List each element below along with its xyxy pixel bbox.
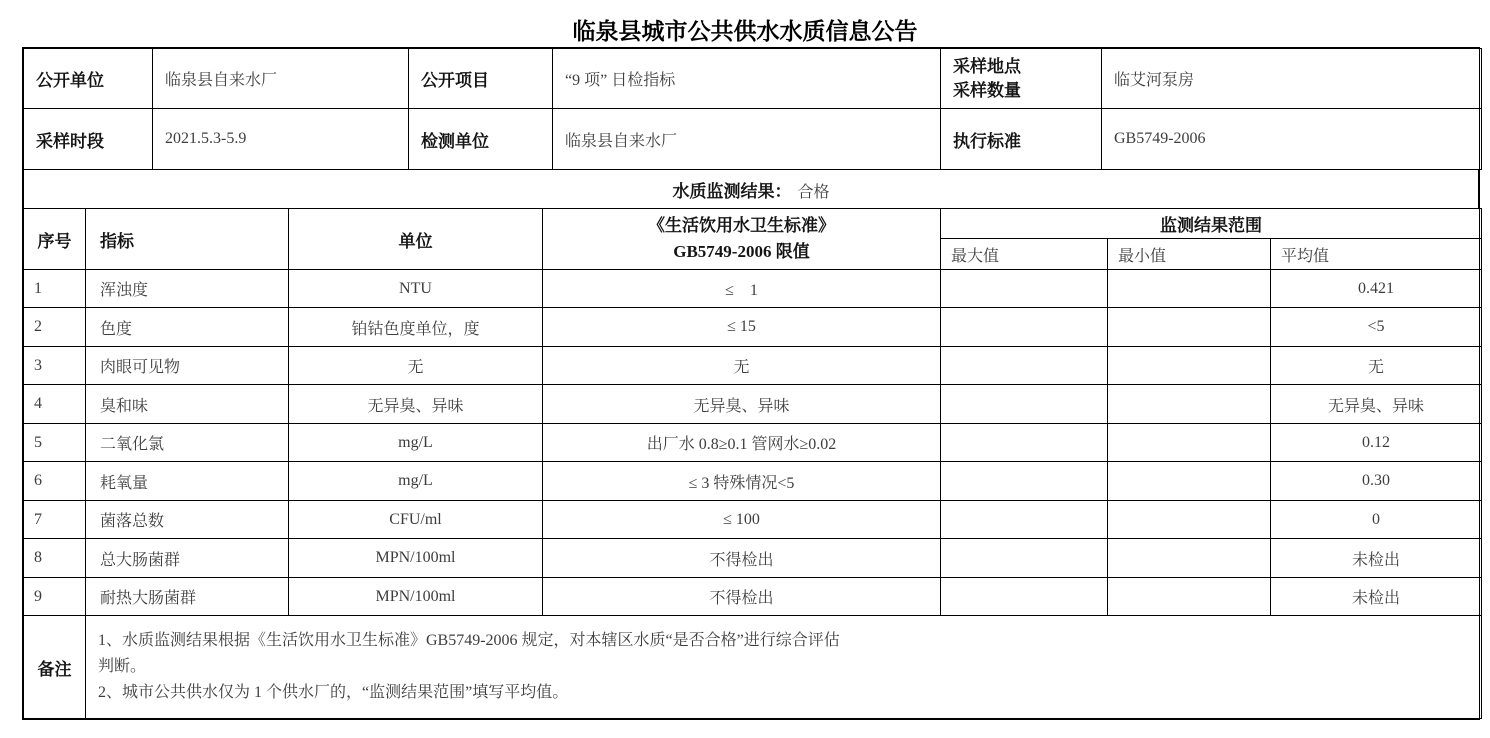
table-row: 2 色度 铂钴色度单位，度 ≤ 15 <5 — [24, 308, 1482, 347]
cell-max — [941, 424, 1108, 462]
announcement-table: 公开单位 临泉县自来水厂 公开项目 “9 项” 日检指标 采样地点 采样数量 临… — [22, 47, 1480, 720]
cell-no: 8 — [24, 539, 86, 578]
cell-min — [1108, 539, 1271, 578]
cell-no: 7 — [24, 501, 86, 539]
cell-avg: 未检出 — [1271, 578, 1482, 616]
cell-max — [941, 578, 1108, 616]
cell-indicator: 耗氧量 — [86, 462, 289, 501]
cell-max — [941, 347, 1108, 385]
standard-value: GB5749-2006 — [1102, 109, 1482, 170]
col-header-limit: 《生活饮用水卫生标准》 GB5749-2006 限值 — [543, 209, 941, 270]
cell-limit: ≤ 100 — [543, 501, 941, 539]
remark-text: 1、水质监测结果根据《生活饮用水卫生标准》GB5749-2006 规定，对本辖区… — [86, 616, 1482, 719]
cell-avg: 0 — [1271, 501, 1482, 539]
table-row: 7 菌落总数 CFU/ml ≤ 100 0 — [24, 501, 1482, 539]
table-row: 3 肉眼可见物 无 无 无 — [24, 347, 1482, 385]
sampling-site-count-label: 采样地点 采样数量 — [941, 49, 1102, 109]
cell-no: 4 — [24, 385, 86, 424]
cell-max — [941, 270, 1108, 308]
cell-indicator: 耐热大肠菌群 — [86, 578, 289, 616]
cell-limit: ≤ 1 — [543, 270, 941, 308]
result-label: 水质监测结果： — [672, 182, 791, 201]
table-row: 4 臭和味 无异臭、异味 无异臭、异味 无异臭、异味 — [24, 385, 1482, 424]
public-project-label: 公开项目 — [409, 49, 553, 109]
info-row-2: 采样时段 2021.5.3-5.9 检测单位 临泉县自来水厂 执行标准 GB57… — [24, 109, 1482, 170]
testing-unit-label: 检测单位 — [409, 109, 553, 170]
cell-no: 1 — [24, 270, 86, 308]
table-row: 9 耐热大肠菌群 MPN/100ml 不得检出 未检出 — [24, 578, 1482, 616]
cell-min — [1108, 347, 1271, 385]
cell-min — [1108, 385, 1271, 424]
cell-unit: 铂钴色度单位，度 — [289, 308, 543, 347]
col-header-min: 最小值 — [1108, 239, 1271, 270]
cell-unit: CFU/ml — [289, 501, 543, 539]
cell-max — [941, 462, 1108, 501]
cell-min — [1108, 424, 1271, 462]
table-row: 1 浑浊度 NTU ≤ 1 0.421 — [24, 270, 1482, 308]
cell-avg: 0.12 — [1271, 424, 1482, 462]
cell-no: 3 — [24, 347, 86, 385]
monitoring-table: 序号 指标 单位 《生活饮用水卫生标准》 GB5749-2006 限值 监测结果… — [23, 208, 1482, 616]
col-header-indicator: 指标 — [86, 209, 289, 270]
cell-limit: 出厂水 0.8≥0.1 管网水≥0.02 — [543, 424, 941, 462]
header-row-1: 序号 指标 单位 《生活饮用水卫生标准》 GB5749-2006 限值 监测结果… — [24, 209, 1482, 239]
cell-limit: ≤ 3 特殊情况<5 — [543, 462, 941, 501]
cell-avg: <5 — [1271, 308, 1482, 347]
cell-max — [941, 539, 1108, 578]
cell-limit: 无异臭、异味 — [543, 385, 941, 424]
cell-indicator: 色度 — [86, 308, 289, 347]
cell-avg: 0.30 — [1271, 462, 1482, 501]
cell-no: 5 — [24, 424, 86, 462]
public-unit-value: 临泉县自来水厂 — [153, 49, 409, 109]
cell-unit: MPN/100ml — [289, 578, 543, 616]
cell-unit: NTU — [289, 270, 543, 308]
cell-unit: 无异臭、异味 — [289, 385, 543, 424]
cell-no: 2 — [24, 308, 86, 347]
result-banner-cell: 水质监测结果：合格 — [24, 170, 1479, 209]
cell-min — [1108, 270, 1271, 308]
remark-table: 备注 1、水质监测结果根据《生活饮用水卫生标准》GB5749-2006 规定，对… — [23, 615, 1482, 719]
col-header-unit: 单位 — [289, 209, 543, 270]
cell-indicator: 菌落总数 — [86, 501, 289, 539]
cell-min — [1108, 462, 1271, 501]
cell-min — [1108, 308, 1271, 347]
cell-max — [941, 385, 1108, 424]
col-header-no: 序号 — [24, 209, 86, 270]
info-table: 公开单位 临泉县自来水厂 公开项目 “9 项” 日检指标 采样地点 采样数量 临… — [23, 48, 1482, 170]
sampling-period-label: 采样时段 — [24, 109, 153, 170]
cell-no: 6 — [24, 462, 86, 501]
col-header-range: 监测结果范围 — [941, 209, 1482, 239]
public-project-value: “9 项” 日检指标 — [553, 49, 941, 109]
cell-limit: 不得检出 — [543, 539, 941, 578]
cell-no: 9 — [24, 578, 86, 616]
cell-avg: 无异臭、异味 — [1271, 385, 1482, 424]
cell-unit: mg/L — [289, 424, 543, 462]
cell-unit: mg/L — [289, 462, 543, 501]
cell-indicator: 二氧化氯 — [86, 424, 289, 462]
info-row-1: 公开单位 临泉县自来水厂 公开项目 “9 项” 日检指标 采样地点 采样数量 临… — [24, 49, 1482, 109]
table-row: 5 二氧化氯 mg/L 出厂水 0.8≥0.1 管网水≥0.02 0.12 — [24, 424, 1482, 462]
public-unit-label: 公开单位 — [24, 49, 153, 109]
cell-max — [941, 308, 1108, 347]
cell-avg: 无 — [1271, 347, 1482, 385]
testing-unit-value: 临泉县自来水厂 — [553, 109, 941, 170]
cell-avg: 0.421 — [1271, 270, 1482, 308]
cell-indicator: 浑浊度 — [86, 270, 289, 308]
cell-indicator: 肉眼可见物 — [86, 347, 289, 385]
sampling-period-value: 2021.5.3-5.9 — [153, 109, 409, 170]
remark-label: 备注 — [24, 616, 86, 719]
result-value: 合格 — [797, 184, 829, 201]
page-title: 临泉县城市公共供水水质信息公告 — [0, 0, 1490, 47]
cell-unit: MPN/100ml — [289, 539, 543, 578]
cell-min — [1108, 501, 1271, 539]
sampling-site-value: 临艾河泵房 — [1102, 49, 1482, 109]
table-row: 6 耗氧量 mg/L ≤ 3 特殊情况<5 0.30 — [24, 462, 1482, 501]
cell-indicator: 总大肠菌群 — [86, 539, 289, 578]
cell-limit: ≤ 15 — [543, 308, 941, 347]
result-banner: 水质监测结果：合格 — [23, 169, 1479, 209]
col-header-max: 最大值 — [941, 239, 1108, 270]
cell-indicator: 臭和味 — [86, 385, 289, 424]
cell-min — [1108, 578, 1271, 616]
cell-limit: 无 — [543, 347, 941, 385]
col-header-avg: 平均值 — [1271, 239, 1482, 270]
cell-limit: 不得检出 — [543, 578, 941, 616]
standard-label: 执行标准 — [941, 109, 1102, 170]
cell-avg: 未检出 — [1271, 539, 1482, 578]
table-row: 8 总大肠菌群 MPN/100ml 不得检出 未检出 — [24, 539, 1482, 578]
cell-max — [941, 501, 1108, 539]
cell-unit: 无 — [289, 347, 543, 385]
